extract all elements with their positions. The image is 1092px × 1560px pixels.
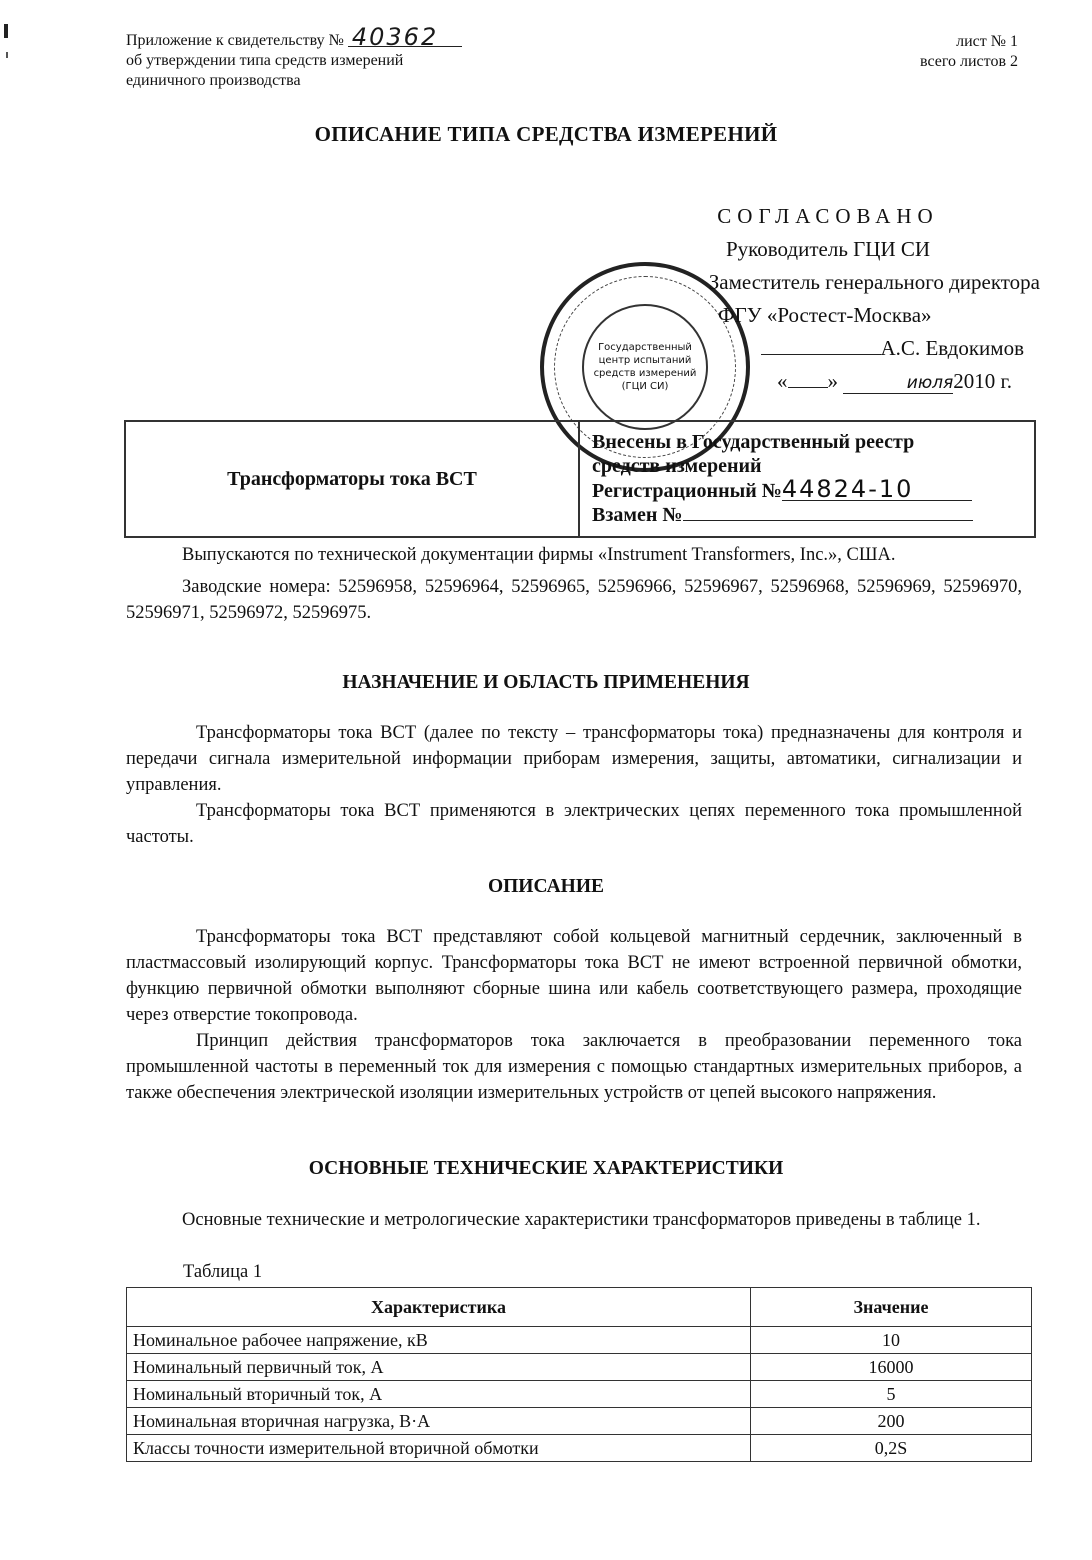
registration-number-handwritten: 44824-10 xyxy=(782,478,972,501)
value-cell: 10 xyxy=(751,1327,1032,1354)
table-row: Номинальный первичный ток, А 16000 xyxy=(127,1354,1032,1381)
value-cell: 0,2S xyxy=(751,1435,1032,1462)
characteristic-cell: Классы точности измерительной вторичной … xyxy=(127,1435,751,1462)
date-quote-close: » xyxy=(828,369,839,393)
scan-artifact xyxy=(6,52,8,58)
approval-heading: СОГЛАСОВАНО xyxy=(608,200,1048,233)
document-title: ОПИСАНИЕ ТИПА СРЕДСТВА ИЗМЕРЕНИЙ xyxy=(0,122,1092,147)
characteristic-cell: Номинальная вторичная нагрузка, В·А xyxy=(127,1408,751,1435)
appendix-line-3: единичного производства xyxy=(126,71,462,91)
table-row: Номинальный вторичный ток, А 5 xyxy=(127,1381,1032,1408)
scan-artifact xyxy=(4,24,8,38)
product-name: Трансформаторы тока ВСТ xyxy=(126,422,580,536)
description-section: Трансформаторы тока ВСТ представляют соб… xyxy=(126,924,1022,1106)
replace-label: Взамен № xyxy=(592,504,683,526)
intro-section: Выпускаются по технической документации … xyxy=(126,542,1022,626)
registration-label: Регистрационный № xyxy=(592,480,782,502)
date-quote-open: « xyxy=(777,369,788,393)
signature-field xyxy=(761,353,881,355)
characteristic-cell: Номинальное рабочее напряжение, кВ xyxy=(127,1327,751,1354)
table-row: Номинальное рабочее напряжение, кВ 10 xyxy=(127,1327,1032,1354)
purpose-paragraph-1: Трансформаторы тока ВСТ (далее по тексту… xyxy=(126,720,1022,798)
table-caption: Таблица 1 xyxy=(183,1262,262,1283)
section-title-purpose: НАЗНАЧЕНИЕ И ОБЛАСТЬ ПРИМЕНЕНИЯ xyxy=(0,672,1092,694)
column-header-characteristic: Характеристика xyxy=(127,1288,751,1327)
approval-line-3: ФГУ «Ростест-Москва» xyxy=(608,299,1048,332)
manufacturer-paragraph: Выпускаются по технической документации … xyxy=(126,542,1022,568)
table-header-row: Характеристика Значение xyxy=(127,1288,1032,1327)
date-day-handwritten xyxy=(788,387,828,388)
appendix-label: Приложение к свидетельству № xyxy=(126,32,344,49)
approval-signature-line: А.С. Евдокимов xyxy=(608,332,1048,365)
characteristic-cell: Номинальный первичный ток, А xyxy=(127,1354,751,1381)
characteristic-cell: Номинальный вторичный ток, А xyxy=(127,1381,751,1408)
value-cell: 200 xyxy=(751,1408,1032,1435)
column-header-value: Значение xyxy=(751,1288,1032,1327)
signatory-name: А.С. Евдокимов xyxy=(881,336,1024,360)
specs-intro: Основные технические и метрологические х… xyxy=(126,1207,1022,1233)
sheet-info: лист № 1 всего листов 2 xyxy=(920,32,1018,72)
appendix-line-2: об утверждении типа средств измерений xyxy=(126,51,462,71)
certificate-number-handwritten: 40362 xyxy=(348,28,462,47)
registration-number-line: Регистрационный №44824-10 xyxy=(592,478,1034,503)
specs-table: Характеристика Значение Номинальное рабо… xyxy=(126,1287,1032,1462)
replace-line: Взамен № xyxy=(592,503,1034,527)
registry-box: Трансформаторы тока ВСТ Внесены в Госуда… xyxy=(124,420,1036,538)
approval-block: СОГЛАСОВАНО Руководитель ГЦИ СИ Заместит… xyxy=(608,200,1048,398)
table-row: Классы точности измерительной вторичной … xyxy=(127,1435,1032,1462)
approval-line-1: Руководитель ГЦИ СИ xyxy=(608,233,1048,266)
date-month-handwritten: июля xyxy=(843,373,953,394)
purpose-paragraph-2: Трансформаторы тока ВСТ применяются в эл… xyxy=(126,798,1022,850)
description-paragraph-1: Трансформаторы тока ВСТ представляют соб… xyxy=(126,924,1022,1028)
purpose-section: Трансформаторы тока ВСТ (далее по тексту… xyxy=(126,720,1022,850)
table-row: Номинальная вторичная нагрузка, В·А 200 xyxy=(127,1408,1032,1435)
section-title-specs: ОСНОВНЫЕ ТЕХНИЧЕСКИЕ ХАРАКТЕРИСТИКИ xyxy=(0,1158,1092,1180)
registry-info: Внесены в Государственный реестр средств… xyxy=(580,422,1034,536)
serial-numbers-paragraph: Заводские номера: 52596958, 52596964, 52… xyxy=(126,574,1022,626)
description-paragraph-2: Принцип действия трансформаторов тока за… xyxy=(126,1028,1022,1106)
approval-date-line: «» июля2010 г. xyxy=(608,365,1048,398)
total-sheets: всего листов 2 xyxy=(920,52,1018,72)
appendix-line-1: Приложение к свидетельству № 40362 xyxy=(126,28,462,51)
approval-line-2: Заместитель генерального директора xyxy=(608,266,1048,299)
replace-number-field xyxy=(683,519,973,521)
certificate-appendix-header: Приложение к свидетельству № 40362 об ут… xyxy=(126,28,462,91)
registry-line-1: Внесены в Государственный реестр xyxy=(592,430,1034,454)
section-title-description: ОПИСАНИЕ xyxy=(0,876,1092,898)
date-year: 2010 г. xyxy=(953,369,1012,393)
value-cell: 5 xyxy=(751,1381,1032,1408)
sheet-number: лист № 1 xyxy=(920,32,1018,52)
specs-intro-paragraph: Основные технические и метрологические х… xyxy=(126,1207,1022,1233)
value-cell: 16000 xyxy=(751,1354,1032,1381)
